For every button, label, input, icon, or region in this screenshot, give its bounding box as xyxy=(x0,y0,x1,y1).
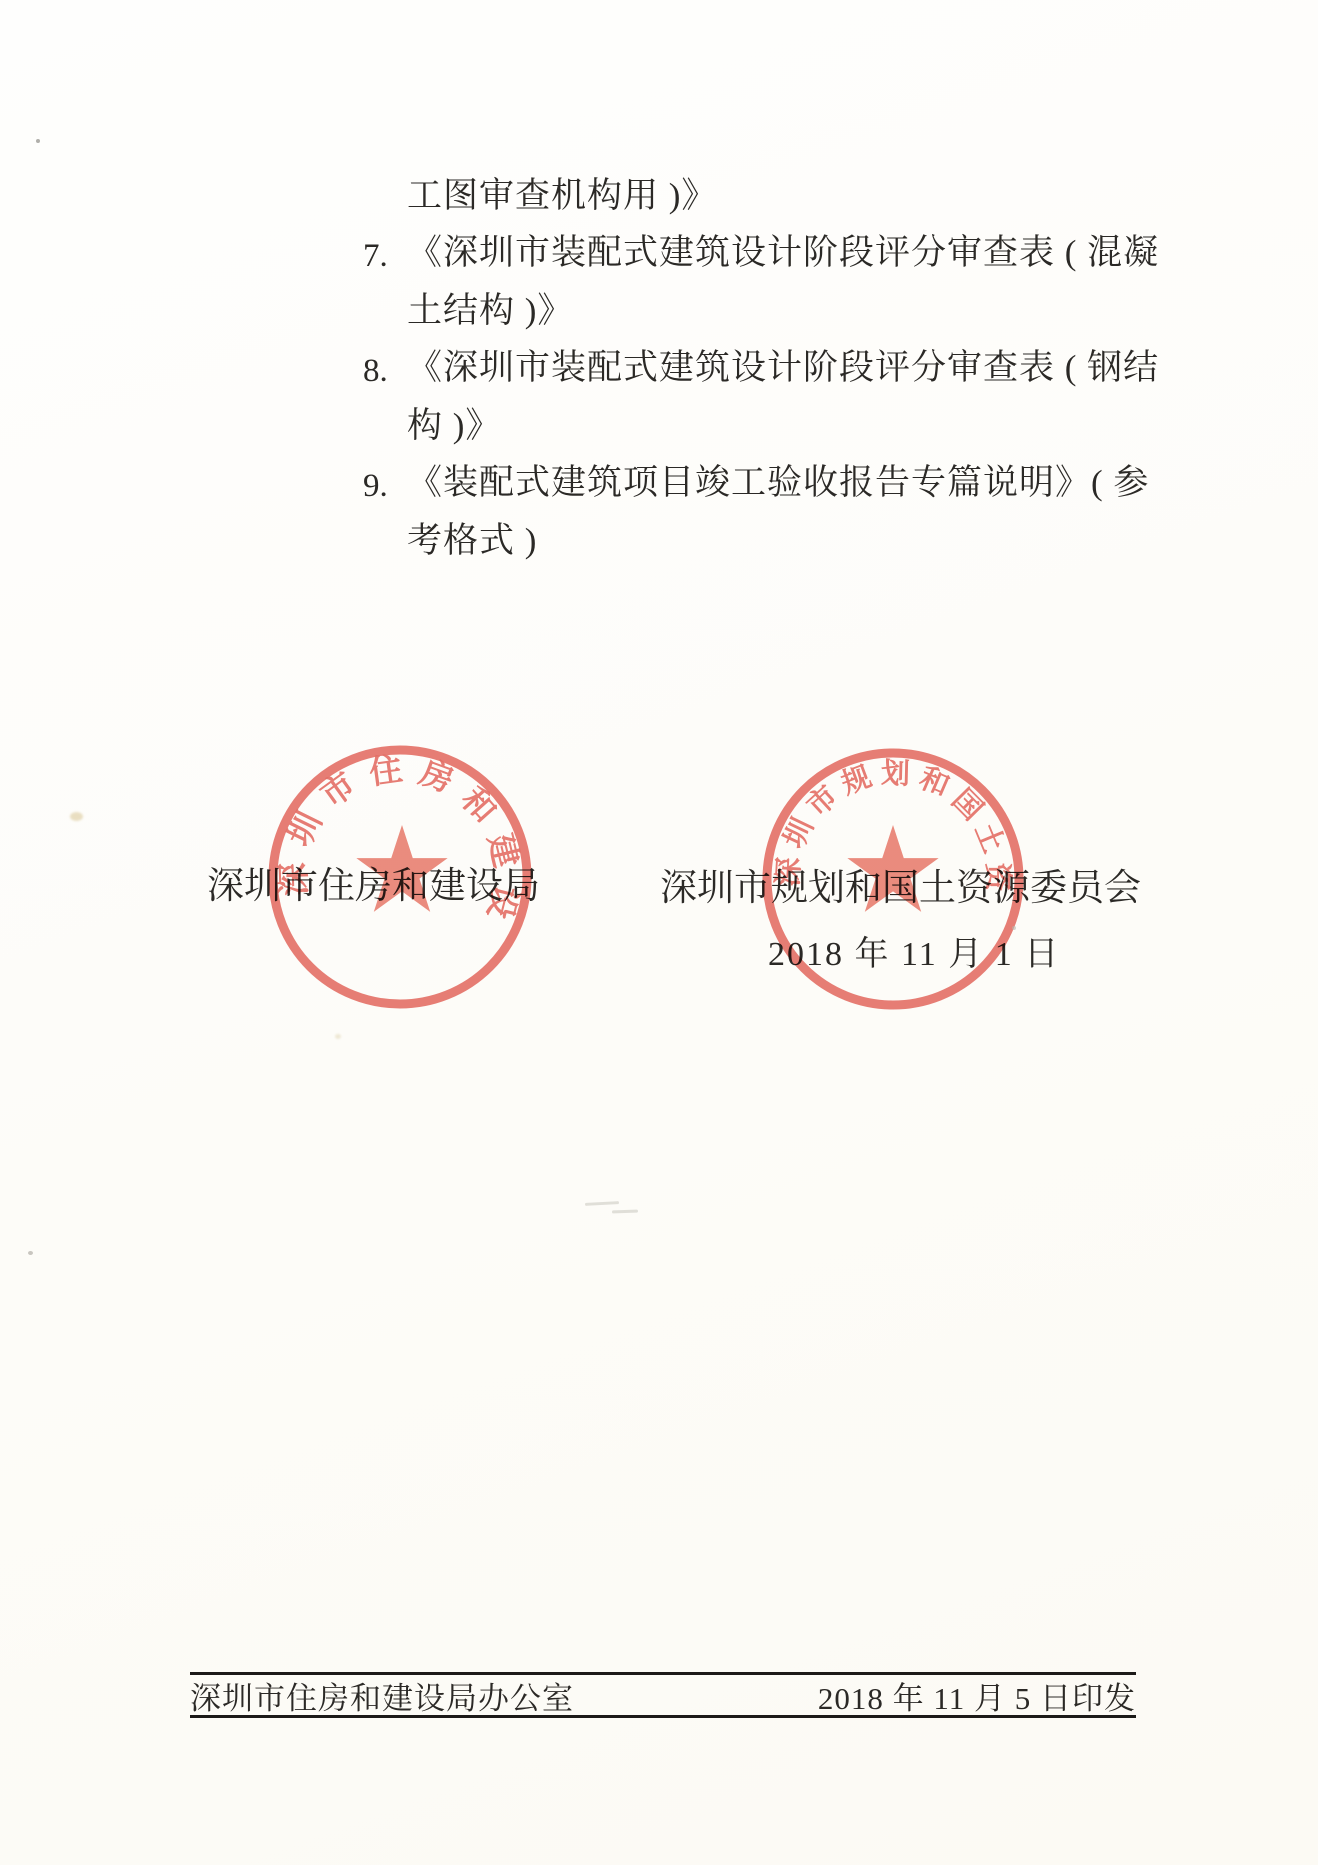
scan-stain xyxy=(70,812,83,821)
list-item-text: 工图审查机构用 )》 xyxy=(407,168,717,218)
list-item-number: 7. xyxy=(363,238,407,275)
official-seal-left: 深圳市住房和建设局 xyxy=(255,731,545,1021)
list-item-text: 《装配式建筑项目竣工验收报告专篇说明》( 参 xyxy=(407,455,1149,505)
seal-star-icon xyxy=(356,825,447,912)
list-item-text: 土结构 )》 xyxy=(407,283,573,333)
list-item-text: 《深圳市装配式建筑设计阶段评分审查表 ( 混凝 xyxy=(407,225,1159,275)
list-item-text: 《深圳市装配式建筑设计阶段评分审查表 ( 钢结 xyxy=(407,340,1159,390)
seal-star-icon xyxy=(847,825,938,912)
scanned-document-page: 工图审查机构用 )》 7. 《深圳市装配式建筑设计阶段评分审查表 ( 混凝 土结… xyxy=(0,0,1318,1865)
attachment-list: 工图审查机构用 )》 7. 《深圳市装配式建筑设计阶段评分审查表 ( 混凝 土结… xyxy=(363,160,1063,563)
document-footer: 深圳市住房和建设局办公室 2018 年 11 月 5 日印发 xyxy=(190,1672,1136,1718)
list-item: 7. 《深圳市装配式建筑设计阶段评分审查表 ( 混凝 xyxy=(363,218,1063,276)
list-item: 工图审查机构用 )》 xyxy=(363,160,1063,218)
footer-office: 深圳市住房和建设局办公室 xyxy=(190,1673,574,1718)
scan-speck xyxy=(28,1251,33,1255)
list-item: 土结构 )》 xyxy=(363,275,1063,333)
scan-scratch xyxy=(612,1210,638,1214)
seal-graphic: 深圳市规划和国土资源委员会 xyxy=(748,733,1038,1023)
scan-scratch xyxy=(585,1201,619,1206)
scan-stain xyxy=(335,1034,341,1039)
list-item: 构 )》 xyxy=(363,390,1063,448)
list-item: 9. 《装配式建筑项目竣工验收报告专篇说明》( 参 xyxy=(363,448,1063,506)
seal-graphic: 深圳市住房和建设局 xyxy=(255,731,545,1021)
footer-print-date: 2018 年 11 月 5 日印发 xyxy=(818,1673,1136,1718)
list-item-text: 构 )》 xyxy=(407,398,501,448)
list-item-number: 8. xyxy=(363,353,407,390)
list-item-text: 考格式 ) xyxy=(407,513,537,563)
scan-speck xyxy=(1012,926,1016,930)
official-seal-right: 深圳市规划和国土资源委员会 xyxy=(748,733,1038,1023)
list-item: 8. 《深圳市装配式建筑设计阶段评分审查表 ( 钢结 xyxy=(363,333,1063,391)
scan-speck xyxy=(36,139,40,143)
list-item-number: 9. xyxy=(363,468,407,505)
list-item: 考格式 ) xyxy=(363,505,1063,563)
